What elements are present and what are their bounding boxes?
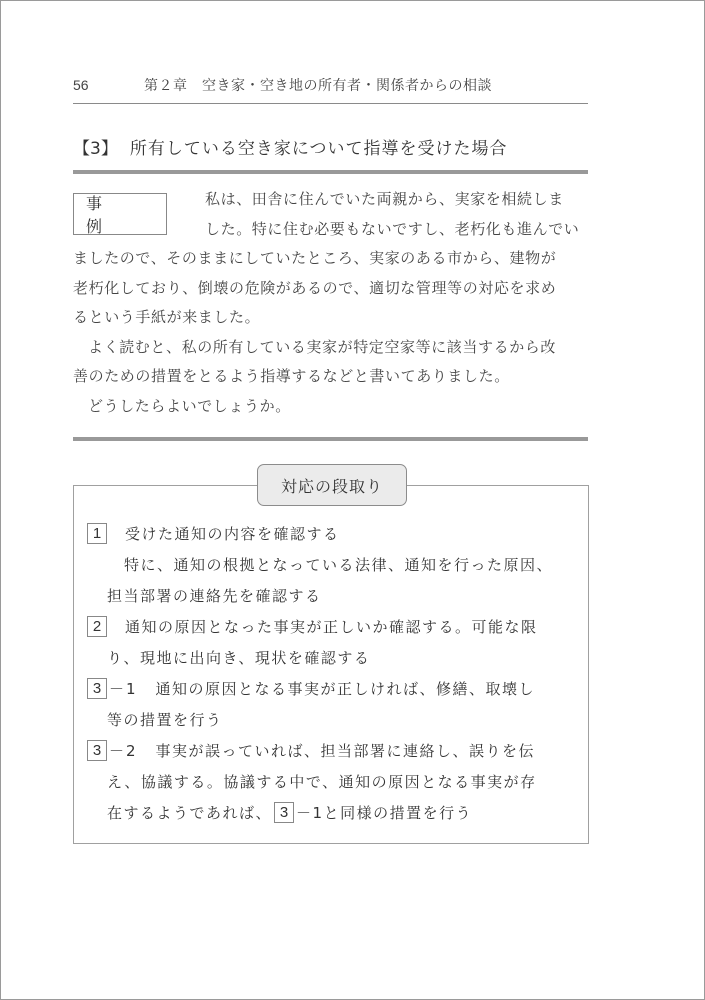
- case-line: 善のための措置をとるよう指導するなどと書いてありました。: [73, 362, 593, 392]
- case-text: 私は、田舎に住んでいた両親から、実家を相続しま した。特に住む必要もないですし、…: [73, 185, 593, 421]
- header-divider: [73, 103, 588, 104]
- step-text: 受けた通知の内容を確認する: [125, 525, 340, 543]
- step-1-line: 担当部署の連絡先を確認する: [87, 581, 587, 612]
- case-line: どうしたらよいでしょうか。: [73, 392, 593, 422]
- step-suffix: －1: [109, 680, 138, 698]
- case-line: 老朽化しており、倒壊の危険があるので、適切な管理等の対応を求め: [73, 274, 593, 304]
- steps-title: 対応の段取り: [257, 464, 407, 506]
- case-line: した。特に住む必要もないですし、老朽化も進んでい: [73, 215, 593, 245]
- running-header: 56 第２章 空き家・空き地の所有者・関係者からの相談: [73, 75, 588, 97]
- step-3-2-line: 在するようであれば、3－1と同様の措置を行う: [87, 798, 587, 829]
- step-2-line: り、現地に出向き、現状を確認する: [87, 643, 587, 674]
- section-bottom-rule: [73, 437, 588, 441]
- chapter-title: 第２章 空き家・空き地の所有者・関係者からの相談: [144, 75, 492, 95]
- step-3-1-line: 等の措置を行う: [87, 705, 587, 736]
- step-reference-box: 3: [274, 802, 294, 823]
- step-number-box: 2: [87, 616, 107, 637]
- step-3-2-line: え、協議する。協議する中で、通知の原因となる事実が存: [87, 767, 587, 798]
- step-2-line: 2通知の原因となった事実が正しいか確認する。可能な限: [87, 612, 587, 643]
- case-line: ましたので、そのままにしていたところ、実家のある市から、建物が: [73, 244, 593, 274]
- document-page: 56 第２章 空き家・空き地の所有者・関係者からの相談 【3】所有している空き家…: [0, 0, 705, 1000]
- page-number: 56: [73, 77, 89, 93]
- case-line: よく読むと、私の所有している実家が特定空家等に該当するから改: [73, 333, 593, 363]
- step-number-box: 3: [87, 678, 107, 699]
- case-line: 私は、田舎に住んでいた両親から、実家を相続しま: [73, 185, 593, 215]
- step-number-box: 3: [87, 740, 107, 761]
- step-suffix: －2: [109, 742, 138, 760]
- step-3-2-line: 3－2事実が誤っていれば、担当部署に連絡し、誤りを伝: [87, 736, 587, 767]
- step-text: と同様の措置を行う: [324, 804, 473, 822]
- step-number-box: 1: [87, 523, 107, 544]
- steps-list: 1受けた通知の内容を確認する 特に、通知の根拠となっている法律、通知を行った原因…: [87, 519, 587, 829]
- step-3-1-line: 3－1通知の原因となる事実が正しければ、修繕、取壊し: [87, 674, 587, 705]
- section-number: 【3】: [73, 139, 118, 159]
- step-text: 事実が誤っていれば、担当部署に連絡し、誤りを伝: [156, 742, 536, 760]
- section-top-rule: [73, 170, 588, 174]
- step-reference-suffix: －1: [296, 804, 324, 822]
- step-text: 通知の原因となった事実が正しいか確認する。可能な限: [125, 618, 538, 636]
- step-text: 在するようであれば、: [107, 804, 272, 822]
- case-line: るという手紙が来ました。: [73, 303, 593, 333]
- section-heading: 【3】所有している空き家について指導を受けた場合: [73, 134, 508, 159]
- section-title: 所有している空き家について指導を受けた場合: [130, 139, 508, 159]
- step-1-line: 特に、通知の根拠となっている法律、通知を行った原因、: [87, 550, 587, 581]
- step-1-line: 1受けた通知の内容を確認する: [87, 519, 587, 550]
- step-text: 通知の原因となる事実が正しければ、修繕、取壊し: [156, 680, 536, 698]
